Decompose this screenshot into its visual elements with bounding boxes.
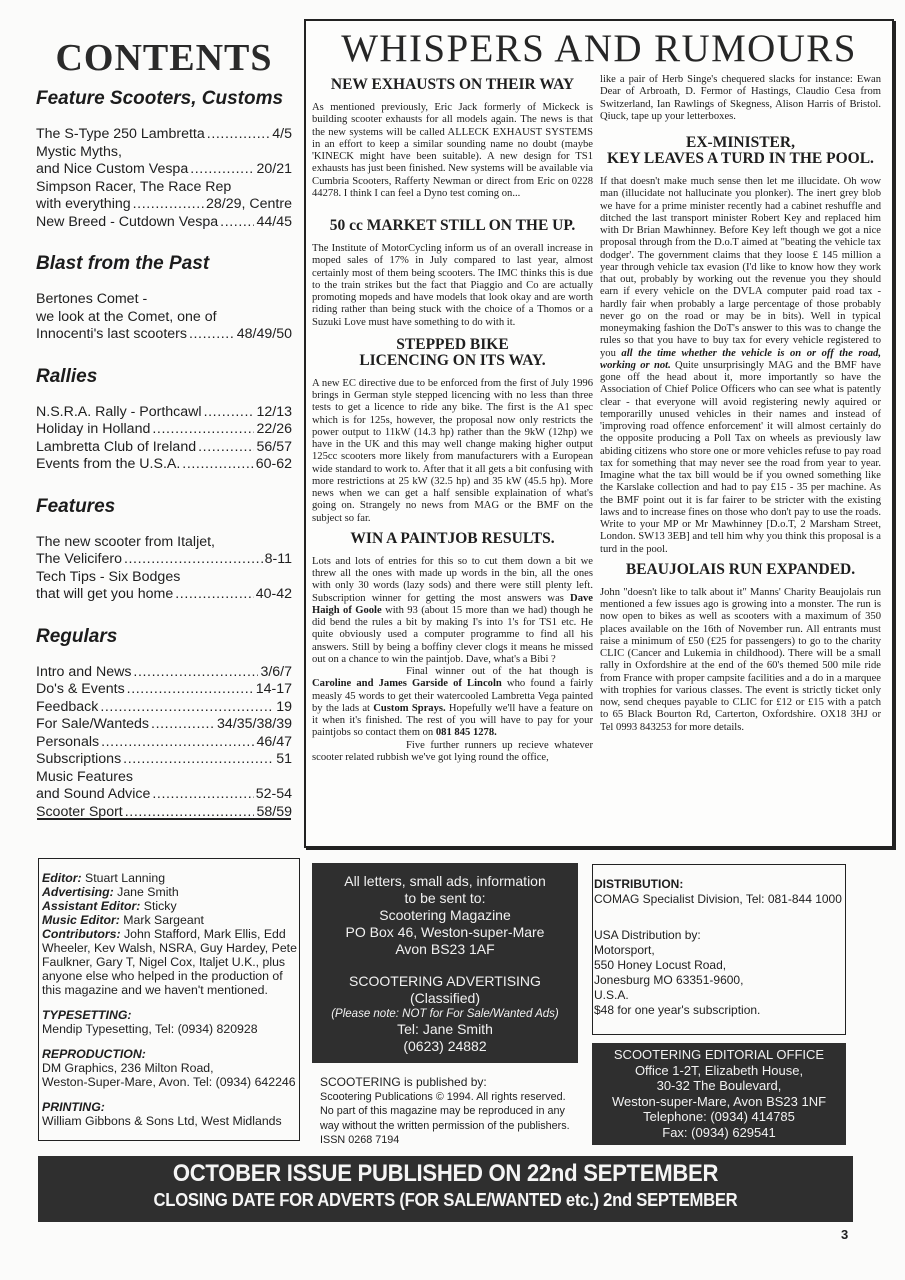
editorial-line: 30-32 The Boulevard, [592,1078,846,1094]
banner-line-2: CLOSING DATE FOR ADVERTS (FOR SALE/WANTE… [79,1188,813,1212]
editorial-heading: SCOOTERING EDITORIAL OFFICE [592,1047,846,1063]
advertising-note: (Please note: NOT for For Sale/Wanted Ad… [312,1007,578,1021]
advertising-contact: Tel: Jane Smith [312,1021,578,1038]
distribution-line: U.S.A. [594,988,845,1003]
advertising-heading: SCOOTERING ADVERTISING [312,973,578,990]
address-line: Scootering Magazine [312,907,578,924]
toc-list: The new scooter from Italjet, The Velici… [36,534,292,604]
editorial-line: Office 1-2T, Elizabeth House, [592,1063,846,1079]
credit-label: PRINTING: [42,1100,299,1114]
whispers-title: WHISPERS AND RUMOURS [306,27,892,71]
address-line: to be sent to: [312,890,578,907]
toc-item-line: Tech Tips - Six Bodges [36,569,292,587]
toc-item-line: Simpson Racer, The Race Rep [36,179,292,197]
section-heading: Regulars [36,626,292,648]
credit-value: Sticky [140,899,176,913]
sprayer-name: Custom Sprays. [373,703,445,714]
credits-box: Editor: Stuart Lanning Advertising: Jane… [38,858,300,1141]
divider-rule [37,818,291,820]
toc-item-line: Bertones Comet - [36,291,292,309]
whispers-box: WHISPERS AND RUMOURS NEW EXHAUSTS ON THE… [304,19,894,848]
credit-label: TYPESETTING: [42,1008,299,1022]
issue-banner: OCTOBER ISSUE PUBLISHED ON 22nd SEPTEMBE… [38,1156,853,1222]
article-body: Final winner out of the hat though is Ca… [312,666,593,740]
article-body: A new EC directive due to be enforced fr… [312,378,593,525]
article-body: Lots and lots of entries for this so to … [312,556,593,666]
subscription-price: $48 for one year's subscription. [594,1003,845,1018]
article-headline: NEW EXHAUSTS ON THEIR WAY [312,77,593,93]
winner-name: Caroline and James Garside of Lincoln [312,678,502,689]
toc-item: Lambretta Club of Ireland 56/57 [36,439,292,457]
toc-item: and Sound Advice 52-54 [36,786,292,804]
article-body: like a pair of Herb Singe's chequered sl… [600,74,881,123]
section-heading: Feature Scooters, Customs [36,88,292,110]
credit-label: Assistant Editor: [42,899,140,913]
toc-item-line: we look at the Comet, one of [36,309,292,327]
distribution-line: COMAG Specialist Division, Tel: 081-844 … [594,892,845,907]
credit-value: Mark Sargeant [120,913,204,927]
toc-item: New Breed - Cutdown Vespa 44/45 [36,214,292,232]
article-body: Five further runners up recieve whatever… [312,740,593,765]
toc-item: N.S.R.A. Rally - Porthcawl 12/13 [36,404,292,422]
toc-item: Do's & Events 14-17 [36,681,292,699]
article-headline: 50 cc MARKET STILL ON THE UP. [312,218,593,234]
toc-item: The S-Type 250 Lambretta4/5 [36,126,292,144]
article-body: The Institute of MotorCycling inform us … [312,243,593,329]
credit-label: Editor: [42,871,82,885]
toc-item: Events from the U.S.A. 60-62 [36,456,292,474]
advertising-phone: (0623) 24882 [312,1038,578,1055]
credit-label: Music Editor: [42,913,120,927]
address-line: All letters, small ads, information [312,873,578,890]
toc-item: and Nice Custom Vespa 20/21 [36,161,292,179]
editorial-office-box: SCOOTERING EDITORIAL OFFICE Office 1-2T,… [592,1043,846,1145]
toc-item: The Velicifero 8-11 [36,551,292,569]
section-heading: Rallies [36,366,292,388]
column-left: NEW EXHAUSTS ON THEIR WAY As mentioned p… [312,77,593,764]
article-body: As mentioned previously, Eric Jack forme… [312,102,593,200]
distribution-line: Motorsport, [594,943,845,958]
banner-line-1: OCTOBER ISSUE PUBLISHED ON 22nd SEPTEMBE… [71,1156,821,1188]
publisher-line: way without the written permission of th… [320,1119,590,1134]
distribution-label: DISTRIBUTION: [594,877,845,892]
section-heading: Blast from the Past [36,253,292,275]
article-body: If that doesn't make much sense then let… [600,176,881,556]
credit-label: Advertising: [42,885,114,899]
credit-value: William Gibbons & Sons Ltd, West Midland… [42,1114,299,1128]
credit-label: REPRODUCTION: [42,1047,299,1061]
publisher-notice: SCOOTERING is published by: Scootering P… [320,1075,590,1148]
toc-list: N.S.R.A. Rally - Porthcawl 12/13 Holiday… [36,404,292,474]
editorial-fax: Fax: (0934) 629541 [592,1125,846,1141]
credit-value: Weston-Super-Mare, Avon. Tel: (0934) 642… [42,1075,299,1089]
publisher-line: Scootering Publications © 1994. All righ… [320,1090,590,1105]
article-body: John "doesn't like to talk about it" Man… [600,587,881,734]
credit-value: Stuart Lanning [82,871,165,885]
toc-item: that will get you home 40-42 [36,586,292,604]
credit-value: DM Graphics, 236 Milton Road, [42,1061,299,1075]
toc-item-line: Music Features [36,769,292,787]
issn: ISSN 0268 7194 [320,1133,590,1148]
letters-address-box: All letters, small ads, information to b… [312,863,578,1063]
address-line: PO Box 46, Weston-super-Mare [312,924,578,941]
distribution-line: 550 Honey Locust Road, [594,958,845,973]
toc-list: Intro and News 3/6/7 Do's & Events 14-17… [36,664,292,822]
credit-label: Contributors: [42,927,121,941]
publisher-line: SCOOTERING is published by: [320,1075,590,1090]
editorial-phone: Telephone: (0934) 414785 [592,1109,846,1125]
credit-value: Mendip Typesetting, Tel: (0934) 820928 [42,1022,299,1036]
section-heading: Features [36,496,292,518]
toc-item: Feedback 19 [36,699,292,717]
contents-title: CONTENTS [36,36,292,80]
toc-item: Innocenti's last scooters 48/49/50 [36,326,292,344]
contents-column: CONTENTS Feature Scooters, Customs The S… [36,28,292,843]
advertising-subheading: (Classified) [312,990,578,1007]
editorial-line: Weston-super-Mare, Avon BS23 1NF [592,1094,846,1110]
address-line: Avon BS23 1AF [312,941,578,958]
article-headline: KEY LEAVES A TURD IN THE POOL. [600,151,881,167]
toc-item: For Sale/Wanteds 34/35/38/39 [36,716,292,734]
staff-list: Editor: Stuart Lanning Advertising: Jane… [42,871,299,997]
article-headline: BEAUJOLAIS RUN EXPANDED. [600,562,881,578]
toc-list: Bertones Comet - we look at the Comet, o… [36,291,292,344]
column-right: like a pair of Herb Singe's chequered sl… [600,74,881,734]
distribution-box: DISTRIBUTION: COMAG Specialist Division,… [592,864,846,1035]
article-headline: LICENCING ON ITS WAY. [312,353,593,369]
toc-item-line: Mystic Myths, [36,144,292,162]
phone-number: 081 845 1278. [436,727,497,738]
article-headline: WIN A PAINTJOB RESULTS. [312,531,593,547]
credit-value: Jane Smith [114,885,179,899]
toc-item-line: The new scooter from Italjet, [36,534,292,552]
toc-item: Holiday in Holland 22/26 [36,421,292,439]
article-headline: STEPPED BIKE [312,337,593,353]
toc-item: Personals 46/47 [36,734,292,752]
toc-item: Subscriptions 51 [36,751,292,769]
toc-item: Intro and News 3/6/7 [36,664,292,682]
article-headline: EX-MINISTER, [600,135,881,151]
distribution-line: USA Distribution by: [594,928,845,943]
toc-item: with everything 28/29, Centre [36,196,292,214]
toc-list: The S-Type 250 Lambretta4/5 Mystic Myths… [36,126,292,231]
publisher-line: No part of this magazine may be reproduc… [320,1104,590,1119]
distribution-line: Jonesburg MO 63351-9600, [594,973,845,988]
page-number: 3 [841,1227,848,1242]
